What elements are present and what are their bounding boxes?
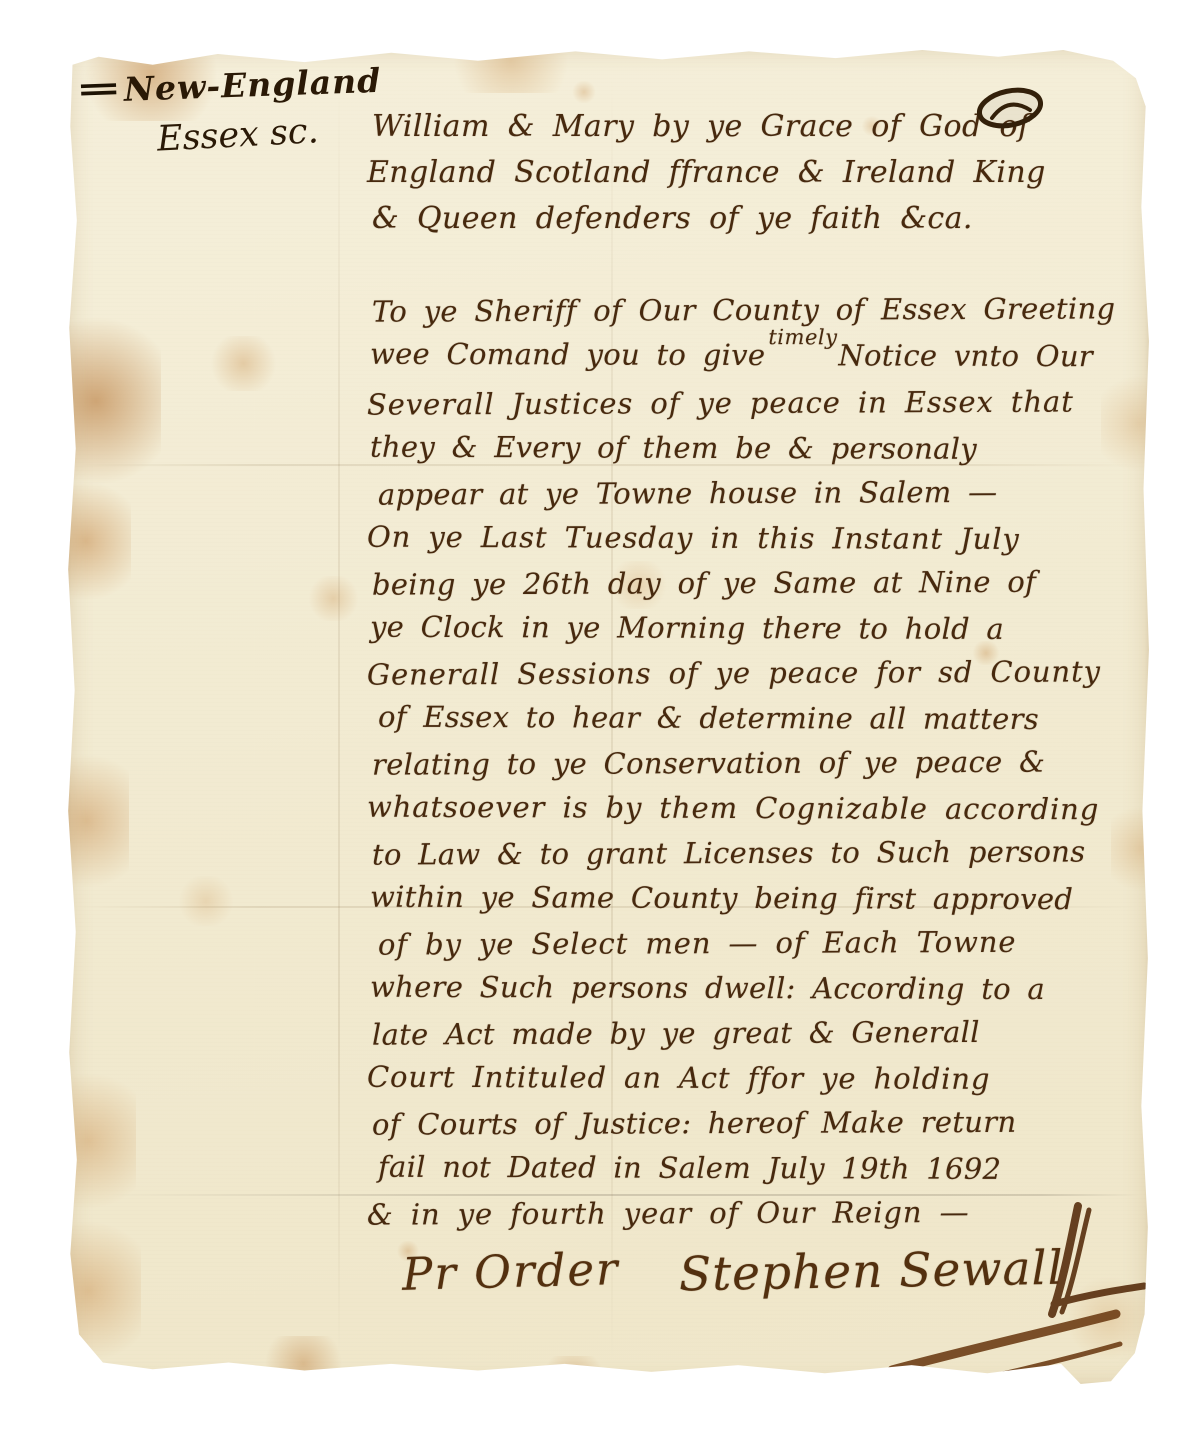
body-line: ye Clock in ye Morning there to hold a	[370, 605, 1116, 653]
body-line: appear at ye Towne house in Salem —	[378, 469, 1116, 517]
opening-line: England Scotland ffrance & Ireland King	[367, 150, 1046, 196]
signature-name: Stephen Sewall	[679, 1241, 1065, 1303]
letter-text: To ye Sheriff of Our County of Essex Gre…	[370, 288, 1115, 1236]
flourish-strokes	[856, 1314, 1120, 1388]
body-line: of Courts of Justice: hereof Make return	[372, 1099, 1116, 1147]
body-line: On ye Last Tuesday in this Instant July	[367, 515, 1116, 563]
signature-block: Pr OrderStephen Sewall	[402, 1244, 1064, 1299]
body-line: Severall Justices of ye peace in Essex t…	[367, 379, 1116, 427]
body-line: whatsoever is by them Cognizable accordi…	[367, 785, 1116, 833]
manuscript-photo: =New-England Essex sc. William & Mary by…	[0, 0, 1200, 1456]
body-line: to Law & to grant Licenses to Such perso…	[372, 829, 1116, 877]
docket-county: Essex sc.	[156, 108, 384, 160]
greeting-line: To ye Sheriff of Our County of Essex Gre…	[372, 286, 1116, 334]
body-line: where Such persons dwell: According to a	[370, 965, 1116, 1013]
body-line: & in ye fourth year of Our Reign —	[367, 1189, 1116, 1237]
command-after: Notice vnto Our	[838, 338, 1093, 373]
body-line: they & Every of them be & personaly	[370, 425, 1116, 473]
docket-region: New-England	[123, 61, 382, 109]
inserted-word: timely	[768, 315, 837, 360]
docket-region-line: =New-England	[85, 61, 382, 110]
docket-dash-mark: =	[74, 68, 124, 109]
opening-block: William & Mary by ye Grace of God of Eng…	[372, 104, 1046, 242]
body-line: Generall Sessions of ye peace for sd Cou…	[367, 649, 1116, 697]
body-line: being ye 26th day of ye Same at Nine of	[372, 559, 1116, 607]
signature-prefix: Pr Order	[401, 1242, 620, 1301]
body-line: of by ye Select men — of Each Towne	[378, 919, 1116, 967]
body-line: Court Intituled an Act ffor ye holding	[367, 1055, 1116, 1103]
docket: =New-England Essex sc.	[85, 61, 384, 160]
command-line: wee Comand you to givetimelyNotice vnto …	[370, 332, 1116, 383]
body-line: late Act made by ye great & Generall	[372, 1009, 1116, 1057]
body-line: within ye Same County being first approv…	[370, 875, 1116, 923]
opening-line: & Queen defenders of ye faith &ca.	[372, 196, 1046, 242]
command-before: wee Comand you to give	[370, 337, 765, 372]
opening-line: William & Mary by ye Grace of God of	[372, 104, 1046, 150]
body-line: of Essex to hear & determine all matters	[378, 695, 1116, 743]
manuscript-page: =New-England Essex sc. William & Mary by…	[66, 46, 1150, 1388]
fold-line-vertical-1	[338, 46, 340, 1388]
body-line: fail not Dated in Salem July 19th 1692	[378, 1145, 1116, 1193]
body-line: relating to ye Conservation of ye peace …	[372, 739, 1116, 787]
